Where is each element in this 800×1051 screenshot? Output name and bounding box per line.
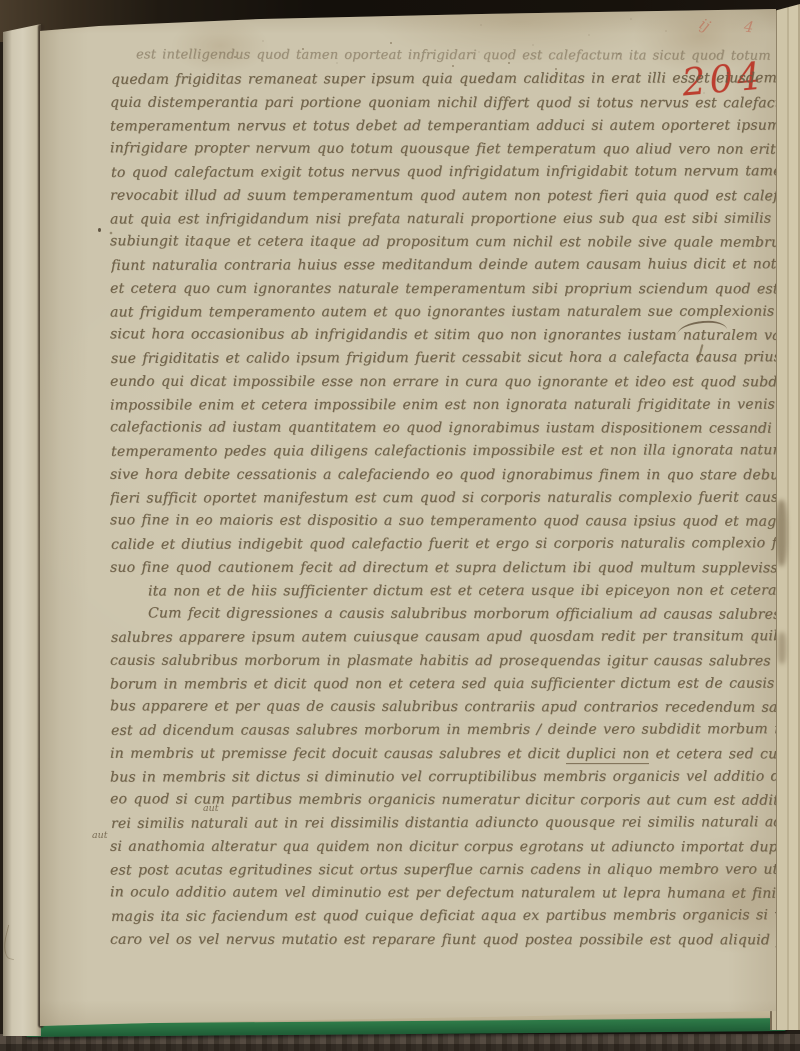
manuscript-line: subiungit itaque et cetera itaque ad pro…	[110, 233, 792, 258]
manuscript-line: eundo qui dicat impossibile esse non err…	[110, 373, 792, 397]
manuscript-photo: 204 ij 4 est intelligendus quod tamen op…	[0, 0, 800, 1051]
manuscript-page: 204 ij 4 est intelligendus quod tamen op…	[40, 4, 776, 1026]
manuscript-line: revocabit illud ad suum temperamentum qu…	[110, 187, 792, 211]
underlined-text: duplici non	[566, 746, 649, 764]
manuscript-line: salubres apparere ipsum autem cuiusque c…	[111, 628, 792, 653]
manuscript-line: Cum fecit digressiones a causis salubrib…	[110, 605, 792, 630]
interlinear-note: aut	[203, 803, 219, 814]
table-cloth-shadow	[0, 1044, 800, 1051]
faint-red-mark: ij	[696, 15, 713, 35]
manuscript-line: causis salubribus morborum in plasmate h…	[110, 652, 792, 676]
manuscript-line: ita non et de hiis sufficienter dictum e…	[110, 582, 792, 606]
interlinear-note: aut	[92, 830, 108, 841]
manuscript-line: bus in membris sit dictus si diminutio v…	[110, 768, 792, 792]
manuscript-line: impossibile enim et cetera impossibile e…	[110, 396, 792, 420]
manuscript-line: suo fine quod cautionem fecit ad directu…	[110, 559, 792, 583]
manuscript-line: fiunt naturalia contraria huius esse med…	[111, 256, 792, 281]
edge-smudge	[778, 632, 786, 664]
manuscript-line: sive hora debite cessationis a calefacie…	[110, 466, 792, 490]
manuscript-line: suo fine in eo maioris est dispositio a …	[110, 512, 792, 537]
facing-page-edge	[3, 24, 41, 1036]
manuscript-line: rei similis naturali aut in rei dissimil…	[111, 814, 792, 839]
manuscript-line: infrigidare propter nervum quo totum quo…	[110, 140, 792, 165]
manuscript-line: quedam frigiditas remaneat super ipsum q…	[111, 70, 792, 95]
ink-dot	[98, 228, 101, 232]
manuscript-line: to quod calefactum exigit totus nervus q…	[111, 163, 792, 188]
manuscript-line: sue frigiditatis et calido ipsum frigidu…	[111, 349, 792, 374]
edge-smudge	[776, 500, 787, 566]
manuscript-line: borum in membris et dicit quod non et ce…	[110, 675, 792, 699]
manuscript-line: si anathomia alteratur qua quidem non di…	[110, 838, 792, 862]
manuscript-line: est intelligendus quod tamen oporteat in…	[110, 48, 792, 72]
text-block: est intelligendus quod tamen oporteat in…	[110, 48, 792, 960]
manuscript-line: temperamento pedes quia diligens calefac…	[111, 442, 792, 467]
manuscript-line: temperamentum nervus et totus debet ad t…	[110, 117, 792, 141]
manuscript-line: quia distemperantia pari portione quonia…	[110, 94, 792, 118]
parchment-stain	[680, 864, 790, 954]
manuscript-line: calefactionis ad iustam quantitatem eo q…	[110, 419, 792, 444]
manuscript-line: aut quia est infrigidandum nisi prefata …	[110, 210, 792, 234]
manuscript-line: et cetera quo cum ignorantes naturale te…	[110, 280, 792, 304]
manuscript-line: calide et diutius indigebit quod calefac…	[111, 535, 792, 560]
manuscript-line: est ad dicendum causas salubres morborum…	[111, 721, 792, 746]
manuscript-line: in membris ut premisse fecit docuit caus…	[110, 745, 792, 769]
faint-red-mark: 4	[743, 17, 755, 36]
manuscript-line: bus apparere et per quas de causis salub…	[110, 698, 792, 723]
manuscript-line: fieri sufficit oportet manifestum est cu…	[110, 489, 792, 513]
